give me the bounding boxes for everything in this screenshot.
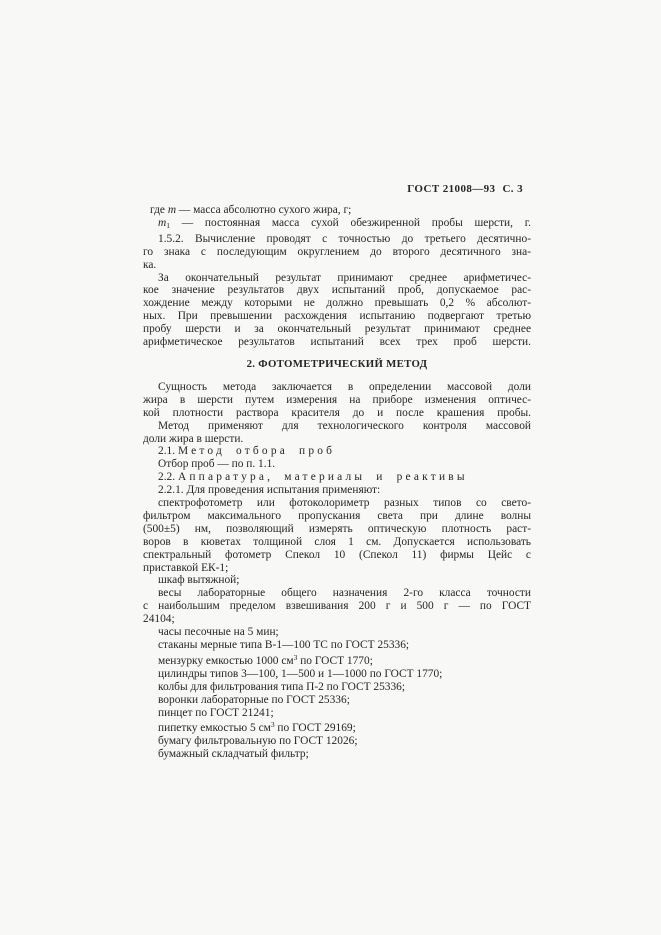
text-line: спектрофотометр или фотоколориметр разны…: [143, 497, 531, 510]
section-heading: 2. ФОТОМЕТРИЧЕСКИЙ МЕТОД: [143, 358, 531, 371]
text-line: цилиндры типов 3—100, 1—500 и 1—1000 по …: [143, 668, 531, 681]
text-segment: фильтром максимального пропускания света…: [143, 510, 531, 522]
text-segment: воронки лабораторные по ГОСТ 25336;: [158, 694, 350, 706]
text-segment: ных. При превышении расхождения испытани…: [143, 310, 531, 322]
text-segment: спектральный фотометр Спекол 10 (Спекол …: [143, 549, 531, 561]
text-line: Сущность метода заключается в определени…: [143, 381, 531, 394]
text-segment: с наибольшим пределом взвешивания 200 г …: [143, 600, 531, 612]
text-segment: мензурку емкостью 1000 см: [158, 655, 294, 667]
document-page: ГОСТ 21008—93С. 3 где m — масса абсолютн…: [0, 0, 661, 935]
text-segment: 1.5.2. Вычисление проводят с точностью д…: [158, 233, 531, 245]
text-line: воронки лабораторные по ГОСТ 25336;: [143, 694, 531, 707]
text-line: хождение между которыми не должно превыш…: [143, 297, 531, 310]
text-line: мензурку емкостью 1000 см3 по ГОСТ 1770;: [143, 652, 531, 668]
text-segment: жира в шерсти путем измерения на приборе…: [143, 394, 531, 406]
text-segment: ка.: [143, 259, 156, 271]
text-segment: стаканы мерные типа В-1—100 ТС по ГОСТ 2…: [158, 639, 409, 651]
document-content: ГОСТ 21008—93С. 3 где m — масса абсолютн…: [143, 183, 531, 761]
text-line: кой плотности раствора красителя до и по…: [143, 407, 531, 420]
text-line: жира в шерсти путем измерения на приборе…: [143, 394, 531, 407]
text-segment: весы лабораторные общего назначения 2-го…: [158, 587, 531, 599]
text-segment: кой плотности раствора красителя до и по…: [143, 407, 531, 419]
text-segment: 2.2.1. Для проведения испытания применяю…: [158, 484, 380, 496]
text-line: 2.2.1. Для проведения испытания применяю…: [143, 484, 531, 497]
text-line: воров в кюветах толщиной слоя 1 см. Допу…: [143, 536, 531, 549]
text-segment: (500±5) нм, позволяющий измерять оптичес…: [143, 523, 531, 535]
text-line: За окончательный результат принимают сре…: [143, 272, 531, 285]
text-segment: Метод отбора проб: [178, 445, 335, 457]
text-line: весы лабораторные общего назначения 2-го…: [143, 587, 531, 600]
text-line: стаканы мерные типа В-1—100 ТС по ГОСТ 2…: [143, 639, 531, 652]
text-segment: Метод применяют для технологического кон…: [158, 420, 531, 432]
text-segment: колбы для фильтрования типа П-2 по ГОСТ …: [158, 681, 405, 693]
text-line: приставкой ЕК-1;: [143, 562, 531, 575]
text-line: шкаф вытяжной;: [143, 574, 531, 587]
text-segment: по ГОСТ 1770;: [297, 655, 373, 667]
text-line: бумажный складчатый фильтр;: [143, 748, 531, 761]
text-line: m1 — постоянная масса сухой обезжиренной…: [143, 217, 531, 233]
text-line: го знака с последующим округлением до вт…: [143, 246, 531, 259]
text-segment: Отбор проб — по п. 1.1.: [158, 458, 275, 470]
text-line: (500±5) нм, позволяющий измерять оптичес…: [143, 523, 531, 536]
text-line: колбы для фильтрования типа П-2 по ГОСТ …: [143, 681, 531, 694]
text-segment: спектрофотометр или фотоколориметр разны…: [158, 497, 531, 509]
text-line: пипетку емкостью 5 см3 по ГОСТ 29169;: [143, 719, 531, 735]
text-line: ка.: [143, 259, 531, 272]
text-line: Отбор проб — по п. 1.1.: [143, 458, 531, 471]
text-segment: бумажный складчатый фильтр;: [158, 748, 309, 760]
text-segment: 24104;: [143, 613, 175, 625]
text-segment: шкаф вытяжной;: [158, 574, 239, 586]
text-segment: бумагу фильтровальную по ГОСТ 12026;: [158, 735, 358, 747]
text-segment: по ГОСТ 29169;: [275, 722, 356, 734]
text-line: часы песочные на 5 мин;: [143, 626, 531, 639]
text-segment: 2. ФОТОМЕТРИЧЕСКИЙ МЕТОД: [247, 358, 428, 370]
text-segment: кое значение результатов двух испытаний …: [143, 284, 531, 296]
text-segment: 2.1.: [158, 445, 178, 457]
document-lines: где m — масса абсолютно сухого жира, г;m…: [143, 204, 531, 761]
text-segment: цилиндры типов 3—100, 1—500 и 1—1000 по …: [158, 668, 442, 680]
text-segment: где: [150, 204, 168, 216]
standard-number: ГОСТ 21008—93: [407, 183, 495, 195]
text-line: спектральный фотометр Спекол 10 (Спекол …: [143, 549, 531, 562]
text-segment: хождение между которыми не должно превыш…: [143, 297, 531, 309]
text-segment: m: [158, 217, 166, 229]
text-line: кое значение результатов двух испытаний …: [143, 284, 531, 297]
text-line: 1.5.2. Вычисление проводят с точностью д…: [143, 233, 531, 246]
text-segment: m: [168, 204, 176, 216]
text-line: пробу шерсти и за окончательный результа…: [143, 323, 531, 336]
text-segment: воров в кюветах толщиной слоя 1 см. Допу…: [143, 536, 531, 548]
text-segment: пинцет по ГОСТ 21241;: [158, 707, 274, 719]
text-line: Метод применяют для технологического кон…: [143, 420, 531, 433]
text-line: фильтром максимального пропускания света…: [143, 510, 531, 523]
text-segment: пипетку емкостью 5 см: [158, 722, 271, 734]
text-line: доли жира в шерсти.: [143, 433, 531, 446]
text-segment: арифметическое результатов испытаний все…: [143, 336, 531, 348]
text-line: 2.2. Аппаратура, материалы и реактивы: [143, 471, 531, 484]
text-segment: Сущность метода заключается в определени…: [158, 381, 531, 393]
page-number: С. 3: [502, 183, 523, 195]
text-line: 2.1. Метод отбора проб: [143, 445, 531, 458]
text-segment: пробу шерсти и за окончательный результа…: [143, 323, 531, 335]
page-header: ГОСТ 21008—93С. 3: [143, 183, 531, 195]
text-line: где m — масса абсолютно сухого жира, г;: [143, 204, 531, 217]
text-line: пинцет по ГОСТ 21241;: [143, 707, 531, 720]
text-segment: За окончательный результат принимают сре…: [158, 272, 531, 284]
text-segment: доли жира в шерсти.: [143, 433, 243, 445]
text-line: 24104;: [143, 613, 531, 626]
text-line: арифметическое результатов испытаний все…: [143, 336, 531, 349]
text-segment: — масса абсолютно сухого жира, г;: [176, 204, 351, 216]
text-segment: приставкой ЕК-1;: [143, 562, 228, 574]
text-line: ных. При превышении расхождения испытани…: [143, 310, 531, 323]
text-line: бумагу фильтровальную по ГОСТ 12026;: [143, 735, 531, 748]
text-segment: часы песочные на 5 мин;: [158, 626, 279, 638]
text-line: с наибольшим пределом взвешивания 200 г …: [143, 600, 531, 613]
text-segment: — постоянная масса сухой обезжиренной пр…: [170, 217, 531, 229]
text-segment: 2.2.: [158, 471, 178, 483]
text-segment: го знака с последующим округлением до вт…: [143, 246, 531, 258]
text-segment: Аппаратура, материалы и реактивы: [178, 471, 468, 483]
